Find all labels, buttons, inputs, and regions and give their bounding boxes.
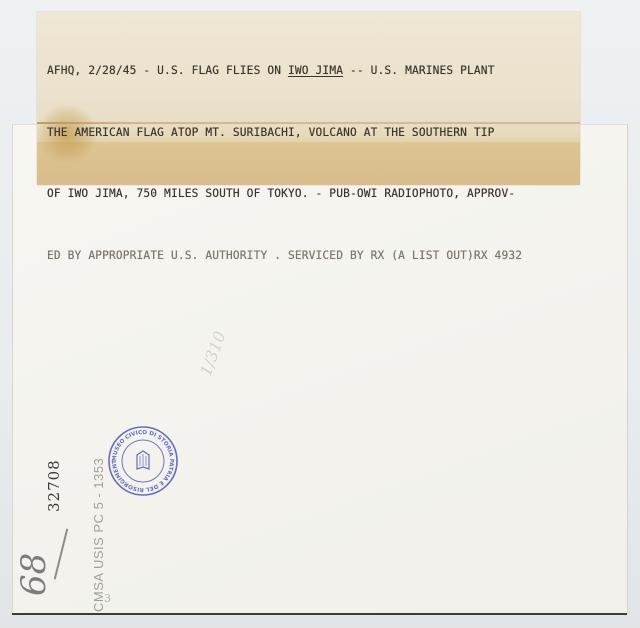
bottom-pencil-mark: 3 [104,592,111,605]
caption-underlined-place: IWO JIMA [288,64,343,77]
caption-text: AFHQ, 2/28/45 - U.S. FLAG FLIES ON IWO J… [47,20,577,307]
halberd-shield-icon [137,451,149,469]
stamp-circle-icon: MUSEO CIVICO DI STORIA PATRIA E DEL RISO… [107,425,179,497]
archive-number: 32708 [45,459,63,512]
caption-slip: AFHQ, 2/28/45 - U.S. FLAG FLIES ON IWO J… [37,12,580,185]
museum-stamp: MUSEO CIVICO DI STORIA PATRIA E DEL RISO… [107,425,179,497]
caption-segment: -- U.S. MARINES PLANT [343,64,494,77]
caption-line-4: ED BY APPROPRIATE U.S. AUTHORITY . SERVI… [47,246,577,267]
caption-line-2: THE AMERICAN FLAG ATOP MT. SURIBACHI, VO… [47,123,577,144]
pencil-handwritten-number: 68 [14,536,94,596]
caption-line-3: OF IWO JIMA, 750 MILES SOUTH OF TOKYO. -… [47,184,577,205]
caption-line-1: AFHQ, 2/28/45 - U.S. FLAG FLIES ON IWO J… [47,61,577,82]
caption-segment: AFHQ, 2/28/45 - U.S. FLAG FLIES ON [47,64,288,77]
pencil-vertical-note: CMSA USIS PC 5 - 1353 [91,458,106,612]
